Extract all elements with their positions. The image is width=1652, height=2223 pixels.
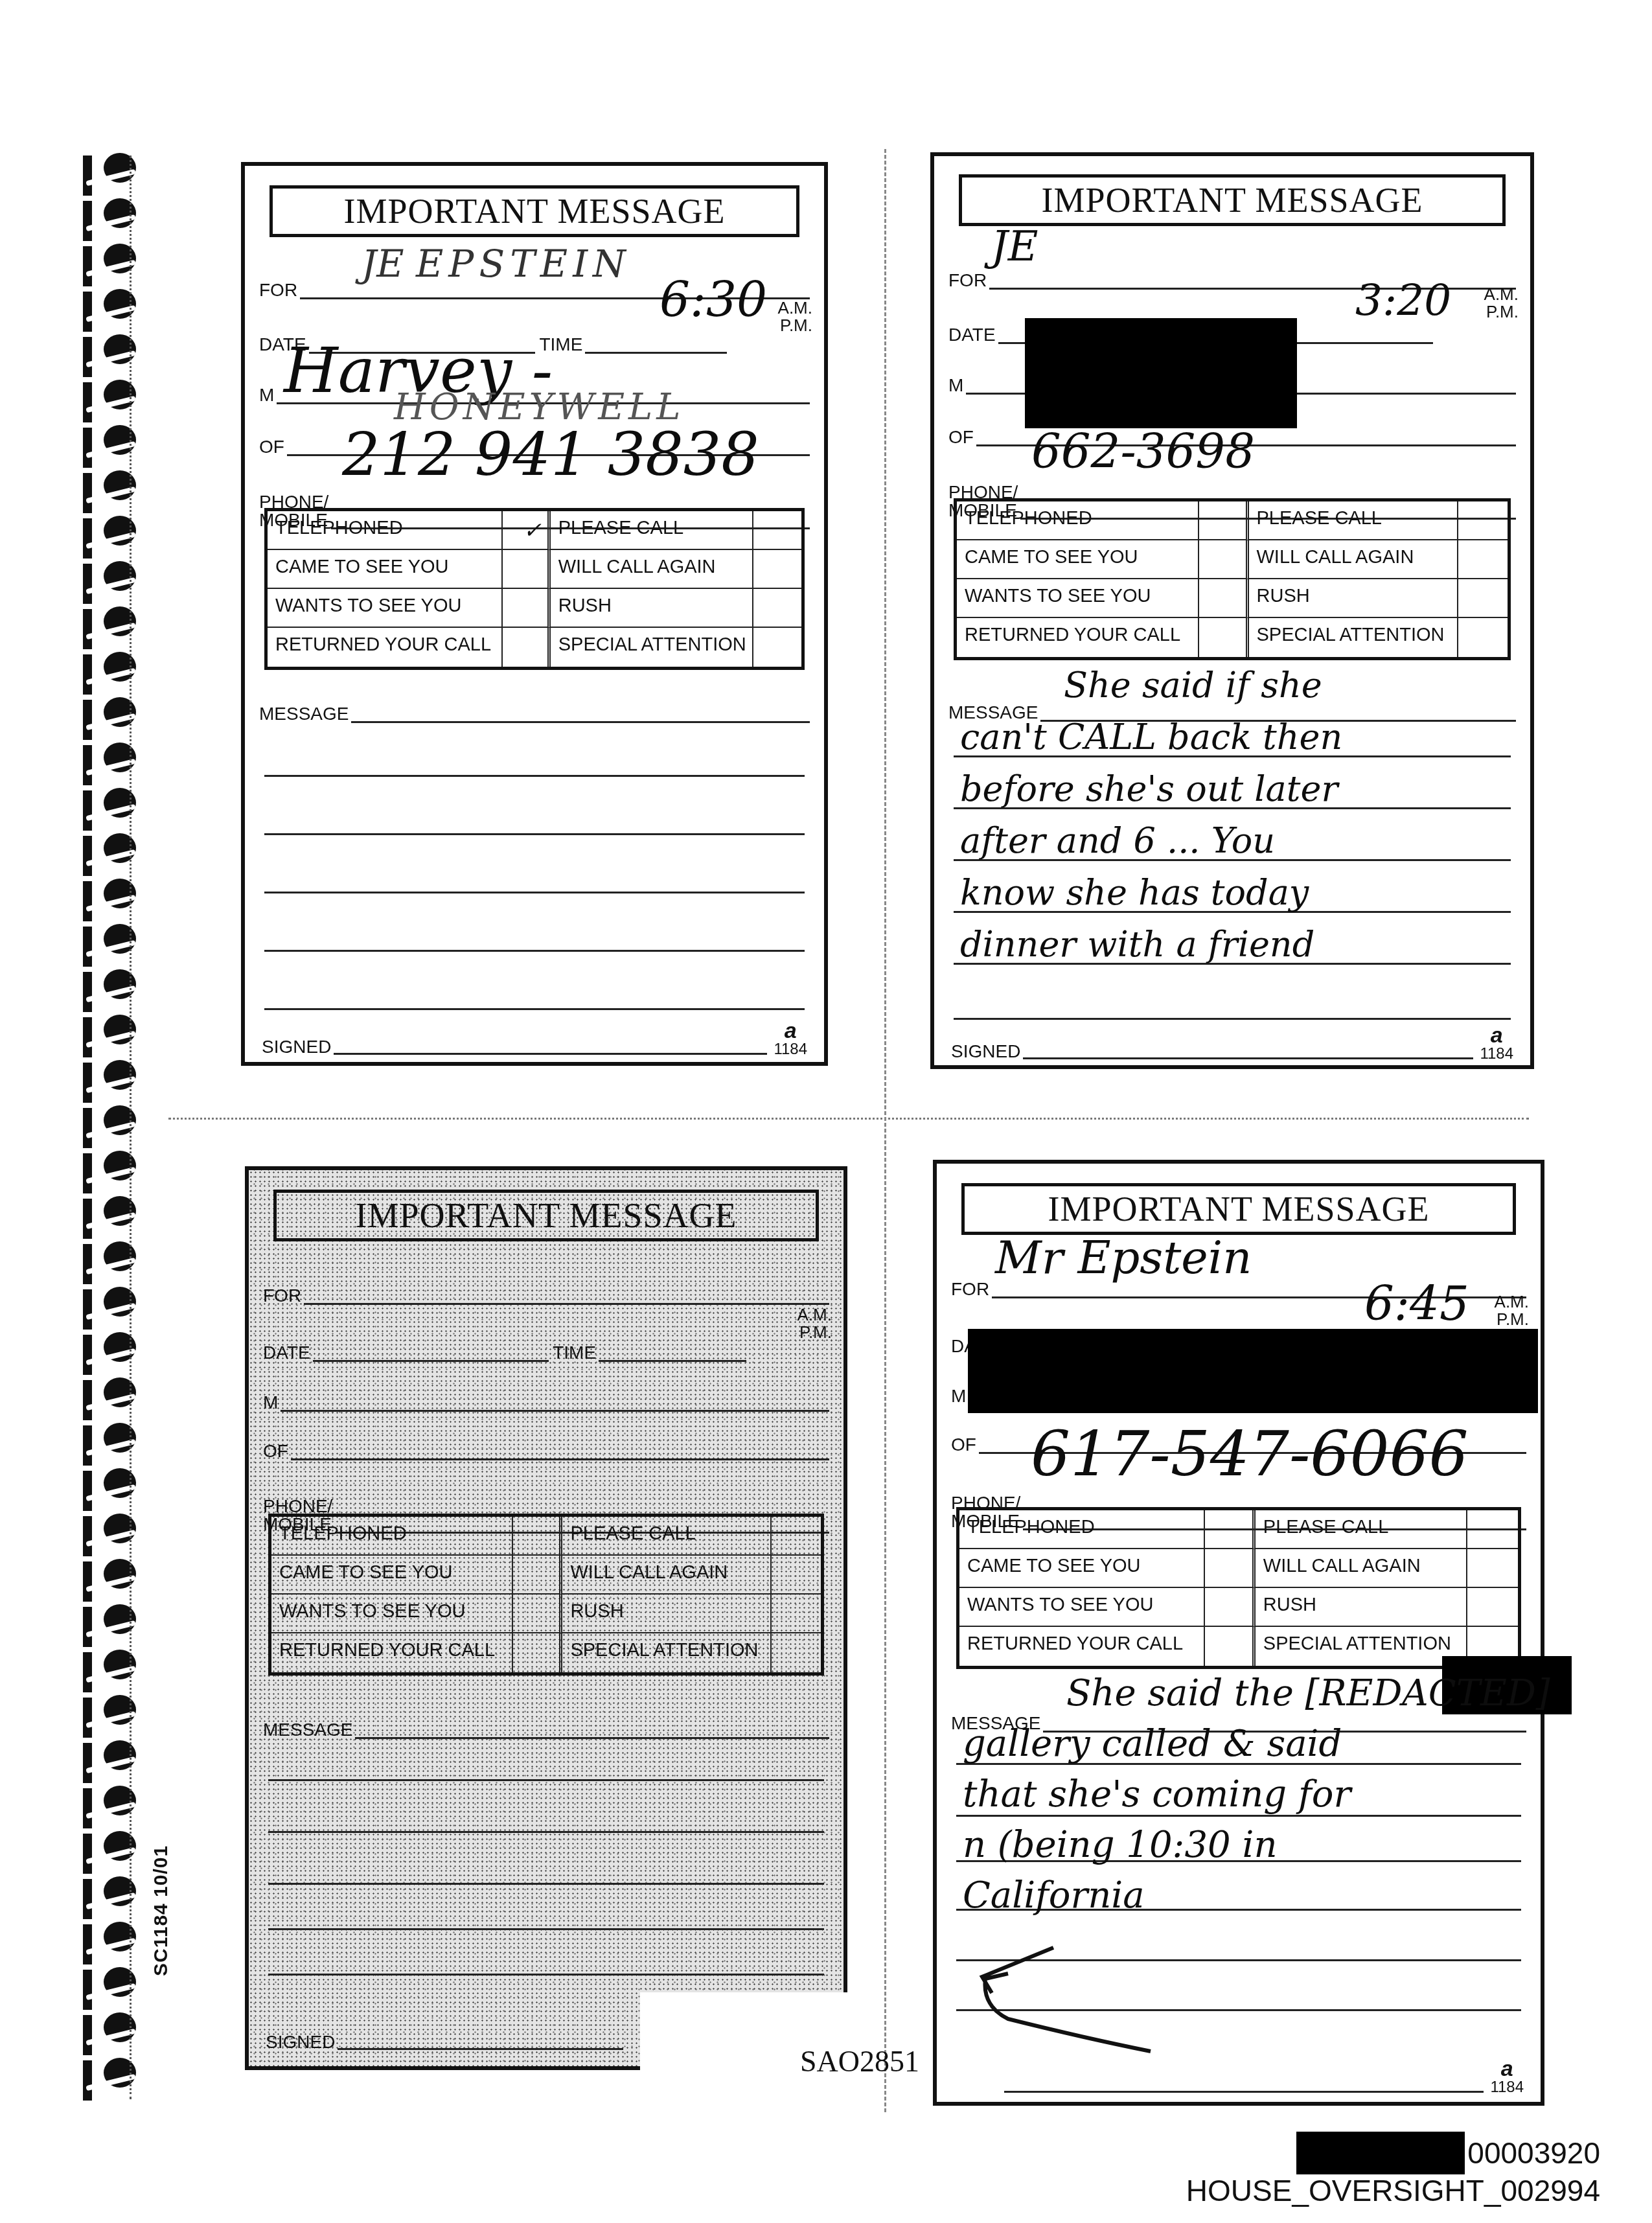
message-field: MESSAGE (263, 1721, 829, 1739)
spiral-ring (78, 1238, 149, 1276)
message-line: California (963, 1878, 1145, 1914)
spiral-ring (78, 466, 149, 505)
checkbox-rush[interactable] (753, 589, 801, 628)
message-field: MESSAGE (259, 705, 810, 723)
checkbox-returned-your-call[interactable] (503, 628, 551, 667)
checkbox-wants-to-see-you[interactable] (1205, 1588, 1256, 1627)
am-pm-labels: A.M.P.M. (1484, 286, 1519, 321)
m-field: M (263, 1394, 829, 1412)
spiral-ring (78, 149, 149, 188)
spiral-ring (78, 739, 149, 777)
slip-title: IMPORTANT MESSAGE (961, 1183, 1516, 1235)
spiral-ring (78, 1464, 149, 1503)
checkbox-label: RETURNED YOUR CALL (959, 1627, 1205, 1666)
spiral-ring (78, 194, 149, 233)
checkbox-label: WANTS TO SEE YOU (959, 1588, 1205, 1627)
spiral-ring (78, 2054, 149, 2093)
spiral-ring (78, 1646, 149, 1685)
checkbox-grid: TELEPHONEDPLEASE CALLCAME TO SEE YOUWILL… (954, 498, 1511, 660)
pad-form-code: SC1184 10/01 (150, 1845, 172, 1976)
am-pm-labels: A.M.P.M. (778, 299, 812, 335)
checkbox-label: TELEPHONED (268, 511, 503, 550)
page-stamp: SAO2851 (800, 2044, 919, 2079)
spiral-ring (78, 1736, 149, 1775)
checkbox-will-call-again[interactable] (1467, 1549, 1518, 1588)
checkbox-telephoned[interactable]: ✓ (503, 511, 551, 550)
spiral-ring (78, 965, 149, 1004)
signed-field: SIGNED a1184 (951, 1024, 1513, 1062)
message-line: She said if she (1064, 668, 1322, 703)
checkbox-came-to-see-you[interactable] (513, 1556, 562, 1595)
checkbox-label: RUSH (551, 589, 753, 628)
form-number: a1184 (774, 1020, 807, 1057)
slip-title: IMPORTANT MESSAGE (959, 174, 1506, 226)
for-field: FOR (263, 1287, 829, 1305)
spiral-ring (78, 1827, 149, 1866)
checkbox-label: WANTS TO SEE YOU (957, 579, 1199, 618)
spiral-ring (78, 512, 149, 551)
checkbox-will-call-again[interactable] (1458, 540, 1508, 579)
for-value: Mr Epstein (995, 1235, 1252, 1280)
slip-title: IMPORTANT MESSAGE (270, 185, 799, 237)
checkbox-telephoned[interactable] (513, 1517, 562, 1556)
checkbox-will-call-again[interactable] (772, 1556, 821, 1595)
spiral-ring (78, 1600, 149, 1639)
spiral-ring (78, 829, 149, 868)
horizontal-perforation (168, 1118, 1529, 1120)
spiral-ring (78, 285, 149, 324)
checkbox-came-to-see-you[interactable] (503, 550, 551, 589)
redaction-box (1040, 1329, 1538, 1413)
spiral-ring (78, 1328, 149, 1367)
checkbox-label: SPECIAL ATTENTION (1256, 1627, 1468, 1666)
for-value: JE (991, 226, 1038, 268)
checkbox-label: CAME TO SEE YOU (268, 550, 503, 589)
spiral-ring (78, 603, 149, 641)
checkbox-special-attention[interactable] (772, 1633, 821, 1672)
spiral-ring (78, 1555, 149, 1594)
checkbox-label: WILL CALL AGAIN (1249, 540, 1458, 579)
message-line: dinner with a friend (960, 927, 1314, 962)
checkbox-wants-to-see-you[interactable] (1199, 579, 1249, 618)
slip-title: IMPORTANT MESSAGE (273, 1190, 819, 1241)
signed-field: SIGNED a1184 (262, 1020, 807, 1057)
message-line: She said the [REDACTED] (1066, 1676, 1550, 1712)
spiral-ring (78, 1691, 149, 1730)
spiral-ring (78, 693, 149, 732)
spiral-ring (78, 1283, 149, 1322)
spiral-ring (78, 2009, 149, 2047)
brand-logo-icon: a (774, 1020, 807, 1042)
bates-label: 00003920 HOUSE_OVERSIGHT_002994 (1186, 2132, 1600, 2207)
am-pm-labels: A.M.P.M. (1495, 1293, 1529, 1329)
checkbox-label: TELEPHONED (271, 1517, 513, 1556)
signed-field: SIGNED (266, 2032, 630, 2053)
spiral-ring (78, 376, 149, 415)
checkbox-label: TELEPHONED (959, 1510, 1205, 1549)
spiral-binding (78, 149, 175, 2106)
brand-logo-icon: a (1480, 1024, 1513, 1046)
of-field: OF (263, 1442, 829, 1460)
checkbox-grid: TELEPHONEDPLEASE CALLCAME TO SEE YOUWILL… (268, 1514, 824, 1676)
spiral-ring (78, 240, 149, 279)
spiral-ring (78, 1011, 149, 1050)
checkbox-grid: TELEPHONED✓PLEASE CALLCAME TO SEE YOUWIL… (264, 508, 805, 670)
redaction-box (1025, 318, 1297, 428)
spiral-ring (78, 557, 149, 596)
checkbox-please-call[interactable] (772, 1517, 821, 1556)
message-line: n (being 10:30 in (963, 1827, 1278, 1863)
message-line: after and 6 ... You (960, 824, 1275, 858)
checkbox-label: RUSH (1249, 579, 1458, 618)
message-slip-bottom-left: IMPORTANT MESSAGE FOR DATE TIME A.M.P.M.… (245, 1166, 847, 2070)
pen-scribble (956, 1941, 1215, 2058)
checkbox-label: CAME TO SEE YOU (271, 1556, 513, 1595)
checkbox-label: WANTS TO SEE YOU (268, 589, 503, 628)
spiral-ring (78, 1192, 149, 1231)
checkbox-rush[interactable] (1467, 1588, 1518, 1627)
spiral-ring (78, 875, 149, 914)
spiral-ring (78, 1101, 149, 1140)
checkmark-icon: ✓ (511, 518, 542, 543)
time-value: 6:45 (1364, 1280, 1469, 1327)
spiral-ring (78, 1374, 149, 1412)
checkbox-label: PLEASE CALL (551, 511, 753, 550)
checkbox-special-attention[interactable] (1458, 618, 1508, 657)
spiral-ring (78, 1147, 149, 1186)
message-slip-bottom-right: IMPORTANT MESSAGE FOR Mr Epstein DATE TI… (933, 1160, 1544, 2106)
checkbox-label: WILL CALL AGAIN (551, 550, 753, 589)
checkbox-label: WILL CALL AGAIN (562, 1556, 771, 1595)
spiral-ring (78, 784, 149, 823)
checkbox-label: CAME TO SEE YOU (957, 540, 1199, 579)
message-line: before she's out later (960, 772, 1338, 807)
checkbox-label: RUSH (1256, 1588, 1468, 1627)
redaction-box (1296, 2132, 1465, 2174)
checkbox-label: WANTS TO SEE YOU (271, 1595, 513, 1633)
spiral-ring (78, 1782, 149, 1821)
phone-value: 212 941 3838 (342, 425, 759, 485)
message-line: know she has today (960, 875, 1309, 910)
checkbox-label: SPECIAL ATTENTION (562, 1633, 771, 1672)
checkbox-please-call[interactable] (1467, 1510, 1518, 1549)
checkbox-label: PLEASE CALL (1256, 1510, 1468, 1549)
spiral-ring (78, 1510, 149, 1549)
checkbox-grid: TELEPHONEDPLEASE CALLCAME TO SEE YOUWILL… (956, 1507, 1521, 1669)
checkbox-label: SPECIAL ATTENTION (551, 628, 753, 667)
message-slip-top-left: IMPORTANT MESSAGE FOR JE EPSTEIN DATE TI… (241, 162, 828, 1066)
form-number: a1184 (1490, 2058, 1524, 2095)
checkbox-label: RETURNED YOUR CALL (271, 1633, 513, 1672)
checkbox-special-attention[interactable] (753, 628, 801, 667)
checkbox-telephoned[interactable] (1199, 501, 1249, 540)
checkbox-returned-your-call[interactable] (513, 1633, 562, 1672)
checkbox-label: RETURNED YOUR CALL (268, 628, 503, 667)
spiral-ring (78, 648, 149, 687)
perforation-line (130, 155, 132, 2099)
spiral-ring (78, 1963, 149, 2002)
checkbox-wants-to-see-you[interactable] (503, 589, 551, 628)
message-slip-top-right: IMPORTANT MESSAGE FOR JE DATE TIME A.M.P… (930, 152, 1534, 1069)
message-line: can't CALL back then (960, 720, 1342, 755)
message-line: gallery called & said (963, 1726, 1342, 1762)
vertical-perforation (884, 149, 886, 2112)
checkbox-wants-to-see-you[interactable] (513, 1595, 562, 1633)
message-line: that she's coming for (963, 1777, 1351, 1813)
checkbox-label: WILL CALL AGAIN (1256, 1549, 1468, 1588)
date-field: DATE TIME (263, 1344, 746, 1362)
checkbox-label: RETURNED YOUR CALL (957, 618, 1199, 657)
brand-logo-icon: a (1490, 2058, 1524, 2080)
bates-id: HOUSE_OVERSIGHT_002994 (1186, 2174, 1600, 2207)
spiral-ring (78, 330, 149, 369)
spiral-ring (78, 1872, 149, 1911)
checkbox-rush[interactable] (772, 1595, 821, 1633)
phone-value: 617-547-6066 (1031, 1423, 1469, 1485)
checkbox-label: RUSH (562, 1595, 771, 1633)
time-value: 3:20 (1355, 279, 1451, 322)
checkbox-came-to-see-you[interactable] (1205, 1549, 1256, 1588)
phone-value: 662-3698 (1031, 428, 1255, 475)
spiral-ring (78, 1419, 149, 1458)
checkbox-label: SPECIAL ATTENTION (1249, 618, 1458, 657)
checkbox-returned-your-call[interactable] (1199, 618, 1249, 657)
checkbox-label: PLEASE CALL (562, 1517, 771, 1556)
time-value: 6:30 (660, 276, 767, 324)
checkbox-came-to-see-you[interactable] (1199, 540, 1249, 579)
spiral-ring (78, 1056, 149, 1095)
checkbox-label: PLEASE CALL (1249, 501, 1458, 540)
form-number: a1184 (1480, 1024, 1513, 1062)
spiral-ring (78, 920, 149, 959)
checkbox-telephoned[interactable] (1205, 1510, 1256, 1549)
signed-field: a1184 (1002, 2058, 1524, 2095)
checkbox-label: CAME TO SEE YOU (959, 1549, 1205, 1588)
checkbox-rush[interactable] (1458, 579, 1508, 618)
am-pm-labels: A.M.P.M. (797, 1306, 832, 1342)
checkbox-label: TELEPHONED (957, 501, 1199, 540)
checkbox-please-call[interactable] (1458, 501, 1508, 540)
checkbox-will-call-again[interactable] (753, 550, 801, 589)
checkbox-returned-your-call[interactable] (1205, 1627, 1256, 1666)
spiral-ring (78, 1918, 149, 1957)
checkbox-please-call[interactable] (753, 511, 801, 550)
spiral-ring (78, 421, 149, 460)
for-value: JE EPSTEIN (361, 245, 631, 282)
